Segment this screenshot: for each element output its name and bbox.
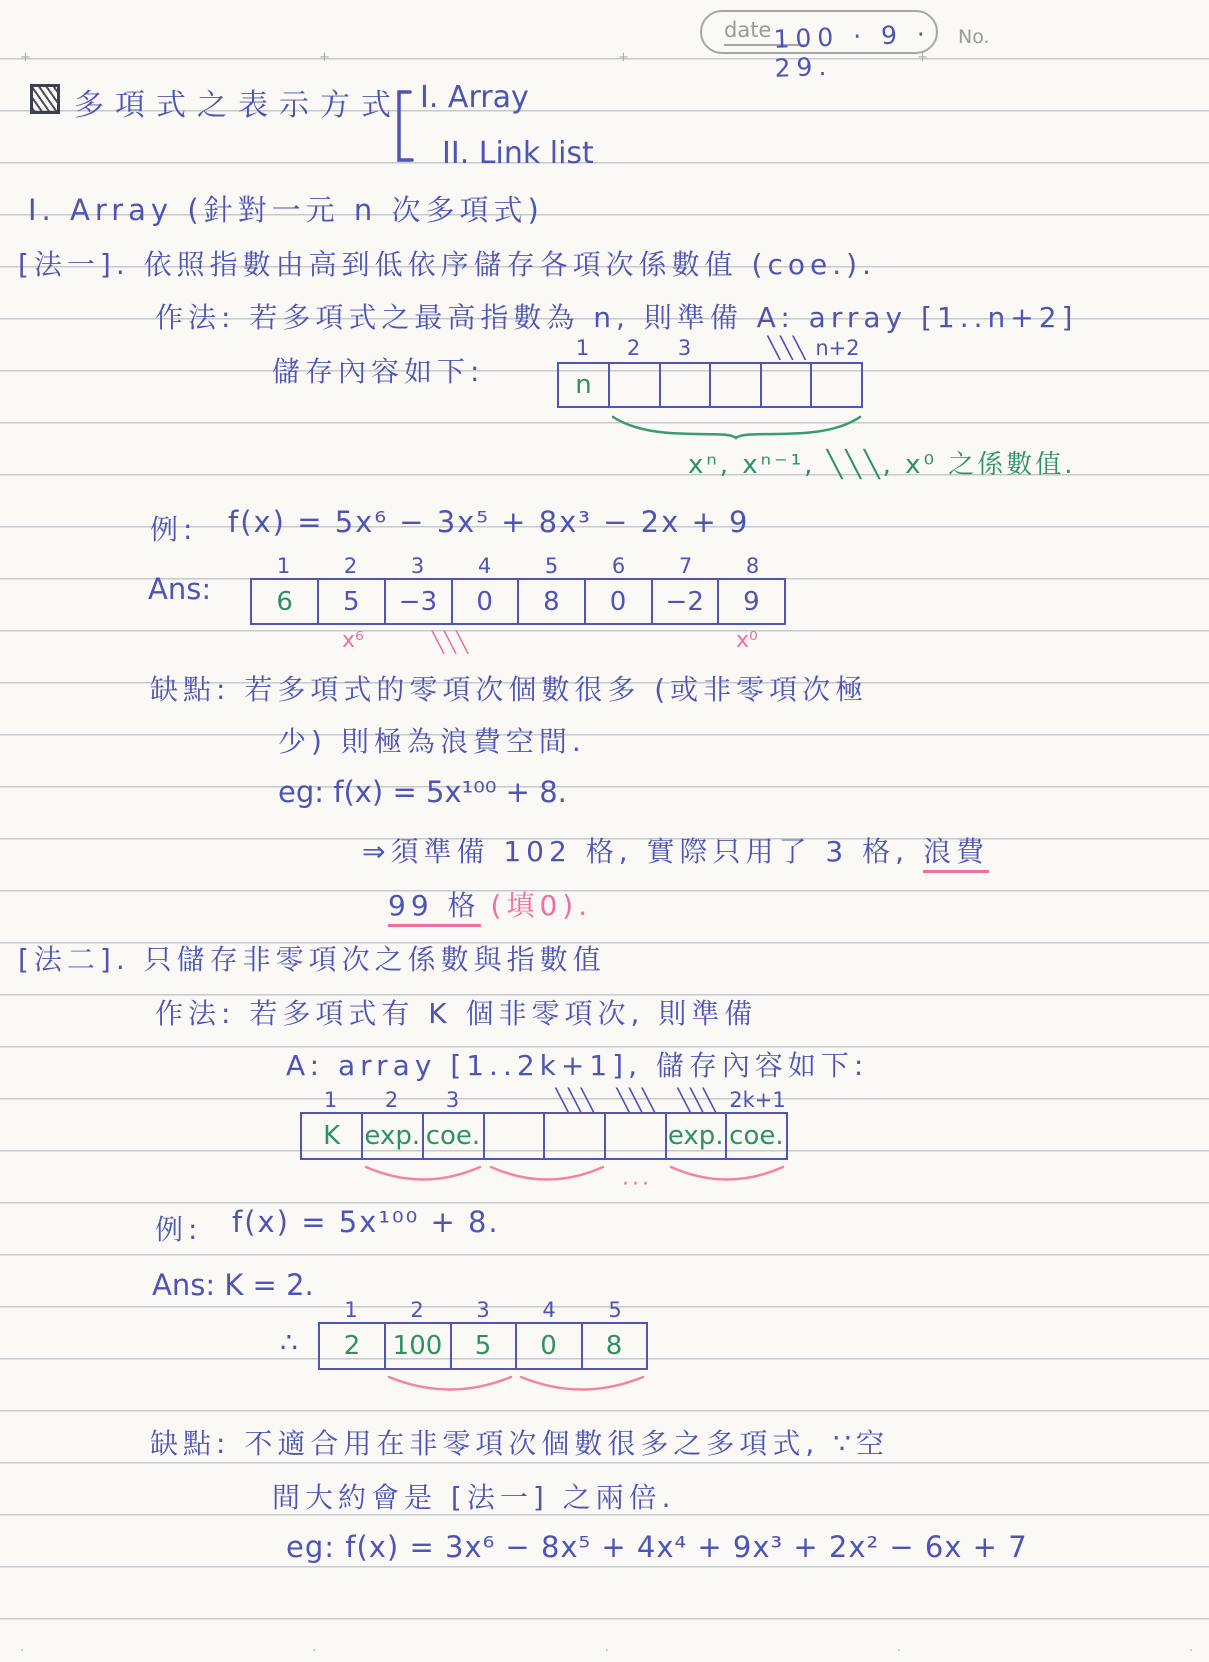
array2-sub-ellipsis: ╲╲╲ xyxy=(432,630,468,654)
array3-cell: exp. xyxy=(668,1121,724,1151)
section-box-icon xyxy=(30,84,60,114)
no-label: No. xyxy=(958,26,990,48)
array1: n xyxy=(557,362,863,408)
drawback1-note1: ⇒須準備 102 格, 實際只用了 3 格, 浪費 xyxy=(362,830,989,870)
array4-header: 5 xyxy=(582,1298,648,1322)
method1-store-note: 儲存內容如下: xyxy=(272,350,484,390)
method1-heading: [法一]. 依照指數由高到低依序儲存各項次係數值 (coe.). xyxy=(18,243,876,283)
array2-cell: 6 xyxy=(276,587,293,617)
array1-header: 2 xyxy=(608,336,659,360)
array3-header: 1 xyxy=(300,1088,361,1112)
drawback1-note1-text: ⇒須準備 102 格, 實際只用了 3 格, xyxy=(362,835,923,868)
date-stamp: date 100 · 9 · 29. xyxy=(700,10,938,54)
array3-cell: exp. xyxy=(364,1121,420,1151)
array2-cell: 0 xyxy=(476,587,493,617)
array2-cell: 8 xyxy=(543,587,560,617)
array3-dots: ··· xyxy=(622,1172,652,1197)
title-bracket xyxy=(392,88,416,166)
array4-header: 1 xyxy=(318,1298,384,1322)
array4-header: 4 xyxy=(516,1298,582,1322)
array1-header xyxy=(710,336,761,360)
array2-cell: 9 xyxy=(743,587,760,617)
method2-approach-line2: A: array [1..2k+1], 儲存內容如下: xyxy=(286,1044,868,1084)
array3: K exp. coe. exp. coe. xyxy=(300,1112,788,1160)
therefore-symbol: ∴ xyxy=(280,1326,298,1359)
drawback1-note2-highlight: 99 格 xyxy=(388,889,481,927)
drawback1-note1-highlight: 浪費 xyxy=(923,835,989,873)
example1-formula: f(x) = 5x⁶ − 3x⁵ + 8x³ − 2x + 9 xyxy=(228,505,749,539)
drawback1-note2: 99 格(填0). xyxy=(388,884,592,924)
example2-ans: Ans: K = 2. xyxy=(152,1268,314,1302)
array1-annotation: xⁿ, xⁿ⁻¹, ╲╲╲, x⁰ 之係數值. xyxy=(688,444,1076,481)
array3-header: ╲╲╲ xyxy=(605,1088,666,1112)
drawback2-line2: 間大約會是 [法一] 之兩倍. xyxy=(272,1476,676,1516)
array3-cell: coe. xyxy=(426,1121,480,1151)
method2-approach-line1: 作法: 若多項式有 K 個非零項次, 則準備 xyxy=(155,992,757,1032)
margin-tick-marks-bottom: · · · · · · · · xyxy=(20,1644,1209,1659)
array2-header: 5 xyxy=(518,554,585,578)
array2-cell: −3 xyxy=(399,587,437,617)
array1-headers: 1 2 3 ╲╲╲ n+2 xyxy=(557,336,863,360)
array3-header: ╲╲╲ xyxy=(544,1088,605,1112)
array3-header: 2 xyxy=(361,1088,422,1112)
array3-header: 2k+1 xyxy=(727,1088,788,1112)
drawback2-line1: 缺點: 不適合用在非零項次個數很多之多項式, ∵空 xyxy=(150,1422,889,1462)
array3-cell: K xyxy=(323,1121,340,1151)
array1-cell: n xyxy=(575,370,591,400)
array4-cell: 8 xyxy=(606,1331,623,1361)
array4-header: 2 xyxy=(384,1298,450,1322)
array4-cell: 5 xyxy=(475,1331,492,1361)
array3-brace-pair1 xyxy=(363,1164,483,1186)
section1-heading: I. Array (針對一元 n 次多項式) xyxy=(28,188,544,229)
array2-cell: −2 xyxy=(666,587,704,617)
array1-underbrace xyxy=(610,414,863,444)
array1-header: 1 xyxy=(557,336,608,360)
array2-header: 6 xyxy=(585,554,652,578)
method1-approach: 作法: 若多項式之最高指數為 n, 則準備 A: array [1..n+2] xyxy=(155,296,1077,336)
page-title: 多項式之表示方式 xyxy=(74,80,402,124)
drawback1-eg-formula: eg: f(x) = 5x¹⁰⁰ + 8. xyxy=(278,775,567,809)
array2-cell: 0 xyxy=(610,587,627,617)
notebook-page: + + + + + + + + · · · · · · · · date 100… xyxy=(0,0,1209,1662)
array2-header: 7 xyxy=(652,554,719,578)
title-item-linklist: II. Link list xyxy=(442,136,594,171)
example2-formula: f(x) = 5x¹⁰⁰ + 8. xyxy=(232,1205,500,1239)
array2-sub-x6: x⁶ xyxy=(342,628,364,653)
array2-sub-x0: x⁰ xyxy=(736,628,758,653)
array3-brace-pair2 xyxy=(488,1164,606,1186)
array1-header: 3 xyxy=(659,336,710,360)
array3-header xyxy=(483,1088,544,1112)
method2-heading: [法二]. 只儲存非零項次之係數與指數值 xyxy=(18,938,606,978)
drawback1-note2-pink: (填0). xyxy=(491,889,593,922)
array3-headers: 1 2 3 ╲╲╲ ╲╲╲ ╲╲╲ 2k+1 xyxy=(300,1088,788,1112)
array2-header: 4 xyxy=(451,554,518,578)
array4-header: 3 xyxy=(450,1298,516,1322)
array3-header: ╲╲╲ xyxy=(666,1088,727,1112)
date-value: 100 · 9 · 29. xyxy=(773,19,937,83)
array4-headers: 1 2 3 4 5 xyxy=(318,1298,648,1322)
array2-headers: 1 2 3 4 5 6 7 8 xyxy=(250,554,786,578)
array2-header: 1 xyxy=(250,554,317,578)
array1-header: ╲╲╲ xyxy=(761,336,812,360)
example1-ans-label: Ans: xyxy=(148,572,211,606)
array4-cell: 100 xyxy=(393,1331,443,1361)
array3-header: 3 xyxy=(422,1088,483,1112)
array4-brace-pair1 xyxy=(386,1374,514,1396)
array2-cell: 5 xyxy=(343,587,360,617)
title-item-array: I. Array xyxy=(420,80,529,115)
array2-header: 2 xyxy=(317,554,384,578)
example1-label: 例: xyxy=(150,508,197,548)
array4-cell: 0 xyxy=(540,1331,557,1361)
drawback1-line1: 缺點: 若多項式的零項次個數很多 (或非零項次極 xyxy=(150,668,868,708)
array4: 2 100 5 0 8 xyxy=(318,1322,648,1370)
drawback2-eg-formula: eg: f(x) = 3x⁶ − 8x⁵ + 4x⁴ + 9x³ + 2x² −… xyxy=(286,1530,1028,1564)
drawback1-line2: 少) 則極為浪費空間. xyxy=(278,720,586,760)
array3-brace-pair3 xyxy=(668,1164,786,1186)
array4-cell: 2 xyxy=(344,1331,361,1361)
array2-header: 8 xyxy=(719,554,786,578)
margin-tick-marks: + + + + + + + + xyxy=(20,50,1209,65)
array1-header: n+2 xyxy=(812,336,863,360)
example2-label: 例: xyxy=(155,1208,202,1248)
array2: 6 5 −3 0 8 0 −2 9 xyxy=(250,578,786,625)
array3-cell: coe. xyxy=(729,1121,783,1151)
array4-brace-pair2 xyxy=(518,1374,646,1396)
array2-header: 3 xyxy=(384,554,451,578)
